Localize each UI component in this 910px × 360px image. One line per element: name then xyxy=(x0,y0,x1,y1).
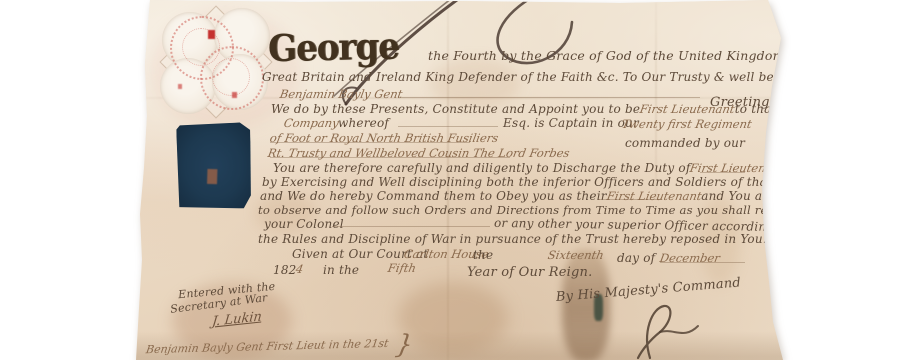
form-rule xyxy=(270,157,510,158)
rules-clause: the Rules and Discipline of War in pursu… xyxy=(258,232,767,246)
form-rule xyxy=(598,199,660,200)
form-rule xyxy=(660,262,745,263)
red-ink-mark xyxy=(232,92,237,98)
day-entry: Sixteenth xyxy=(547,248,605,262)
year-digit-entry: 4 xyxy=(295,262,305,276)
parchment-sheet: George the Fourth by the Grace of God of… xyxy=(0,0,910,360)
commanded-by: commanded by our xyxy=(625,136,745,150)
form-rule xyxy=(400,97,700,98)
parchment-surface: George the Fourth by the Grace of God of… xyxy=(0,0,910,360)
in-the: in the xyxy=(323,263,359,277)
discipline-line: by Exercising and Well disciplining both… xyxy=(262,175,720,189)
colonel-word: your Colonel xyxy=(264,217,344,231)
obey-rank-entry: First Lieutenant xyxy=(605,189,702,203)
reign-clause: Year of Our Reign. xyxy=(467,265,592,280)
discipline-clause: by Exercising and Well disciplining both… xyxy=(262,175,772,189)
rank-entry: First Lieutenant xyxy=(639,102,736,116)
appointment-line: We do by these Presents, Constitute and … xyxy=(271,102,747,116)
day-of: day of xyxy=(617,251,655,265)
orders-clause: to observe and follow such Orders and Di… xyxy=(258,203,832,217)
duty-clause: You are therefore carefully and diligent… xyxy=(273,161,690,175)
year-printed: 182 xyxy=(273,263,297,277)
form-rule xyxy=(398,126,498,127)
captain-clause: Esq. is Captain in our xyxy=(503,116,639,130)
regiment-entry: Twenty first Regiment xyxy=(621,117,753,131)
form-rule xyxy=(270,142,470,143)
red-ink-mark xyxy=(208,30,215,39)
appoint-clause: We do by these Presents, Constitute and … xyxy=(271,102,640,116)
wafer-center-mark xyxy=(207,169,217,184)
docket-brace: } xyxy=(393,330,415,360)
company-entry: Company xyxy=(283,116,340,130)
title-line-1: the Fourth by the Grace of God of the Un… xyxy=(428,48,801,63)
form-rule xyxy=(700,172,745,173)
the-word: the xyxy=(473,248,493,262)
form-rule xyxy=(332,226,490,227)
duty-line: You are therefore carefully and diligent… xyxy=(273,161,697,175)
and-you-are: and You are xyxy=(701,189,775,203)
regnal-year-entry: Fifth xyxy=(387,261,417,275)
company-entry-2: Company xyxy=(771,175,828,189)
obey-line: and We do hereby Command them to Obey yo… xyxy=(260,189,743,203)
royal-name: George xyxy=(268,25,399,71)
obey-clause: and We do hereby Command them to Obey yo… xyxy=(260,189,607,203)
to-that: to that xyxy=(735,102,777,116)
bottom-center-stain xyxy=(398,282,508,354)
document-photo: George the Fourth by the Grace of God of… xyxy=(0,0,910,360)
red-stamp-inner-ring xyxy=(212,58,250,96)
blue-wafer-seal xyxy=(176,122,252,210)
officer-name-entry: Benjamin Bayly Gent xyxy=(279,87,404,101)
title-line-2: Great Britain and Ireland King Defender … xyxy=(262,70,807,84)
whereof-word: whereof xyxy=(338,116,389,130)
embossed-duty-stamp xyxy=(148,4,288,118)
red-ink-mark xyxy=(178,84,182,89)
countersignature-flourish xyxy=(612,300,722,360)
